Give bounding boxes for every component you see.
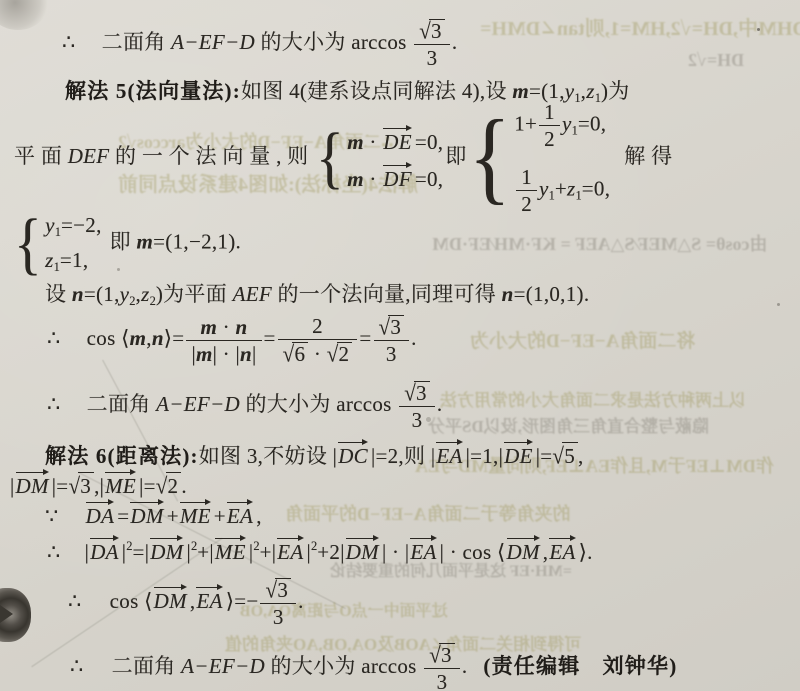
fraction: 2√6 · √2 (278, 314, 358, 366)
math-text: =(1,0,1). (514, 282, 590, 306)
radical-icon: √ (68, 472, 80, 500)
radicand: 3 (439, 643, 455, 666)
vector-da: DA (89, 534, 122, 563)
line-squared-expansion: ∴|DA|2=|DM|2+|ME|2+|EA|2+2|DM| · |EA| · … (47, 534, 593, 565)
equation-system: {m · DE=0,m · DF=0, (316, 124, 443, 193)
vector-dm: DM (129, 498, 166, 527)
math-text: . (452, 30, 458, 54)
math-text: =−2, (61, 213, 102, 237)
vector-symbol: n (236, 315, 248, 339)
vector-symbol: n (502, 282, 514, 306)
math-text: ∴ (47, 392, 61, 416)
math-text: |= (139, 474, 156, 498)
vector-arrow-icon (150, 535, 185, 542)
fraction-numerator: √3 (414, 18, 450, 45)
line-cos-dm-ea: ∴cos ⟨DM,EA⟩=−√33. (68, 577, 304, 629)
vector-symbol: n (72, 282, 84, 306)
math-variable: y (562, 111, 572, 135)
equation-rows: y1=−2,z1=1, (45, 212, 102, 275)
radical-icon: √ (429, 643, 441, 667)
vector-arrow-icon (86, 499, 117, 506)
math-text: +| (197, 540, 214, 564)
radical-icon: √ (379, 315, 391, 339)
math-text: · (364, 167, 382, 191)
math-variable: z (45, 248, 53, 272)
fraction: m · n|m| · |n| (186, 315, 261, 366)
math-text: 的大小为 arccos (255, 30, 412, 54)
vector-symbol: m (347, 130, 364, 154)
math-text: |= (52, 474, 69, 498)
vector-me: ME (214, 534, 249, 563)
sqrt-expression: √3 (379, 315, 405, 338)
math-text: | · | (213, 342, 240, 366)
math-text: · (217, 315, 235, 339)
vector-arrow-icon (383, 162, 414, 169)
vector-arrow-icon (504, 439, 535, 446)
math-text: 的一个法向量,同理可得 (272, 282, 502, 306)
left-brace-icon: { (316, 129, 344, 187)
equation-row: m · DF=0, (347, 161, 443, 192)
vector-arrow-icon (227, 499, 255, 506)
fraction-numerator: 2 (278, 314, 358, 340)
sqrt-expression: √3 (429, 643, 455, 666)
math-text: =(1,−2,1). (153, 229, 241, 253)
line-conclusion-method5: ∴二面角 A−EF−D 的大小为 arccos √33. (47, 380, 442, 432)
fraction: √33 (424, 642, 460, 691)
math-variable: A−EF−D (156, 392, 240, 416)
sqrt-expression: √3 (419, 19, 445, 42)
vector-arrow-icon (16, 469, 51, 476)
vector-symbol: m (347, 167, 364, 191)
math-text: 2 (521, 192, 532, 216)
sqrt-expression: √2 (156, 472, 182, 499)
fraction-denominator: 3 (414, 45, 450, 70)
vector-arrow-icon (549, 535, 577, 542)
vector-arrow-icon (410, 535, 438, 542)
fraction-numerator: m · n (186, 315, 261, 341)
math-text: ∴ (70, 654, 84, 678)
math-text: 1 (521, 165, 532, 189)
math-text: 1+ (514, 111, 537, 135)
radical-icon: √ (419, 19, 431, 43)
math-text: 的大小为 arccos (265, 654, 422, 678)
vector-dm: DM (149, 534, 186, 563)
math-variable: z (141, 282, 149, 306)
vector-arrow-icon (507, 535, 542, 542)
vector-ea: EA (435, 438, 465, 467)
math-text: =| (133, 540, 150, 564)
bleedthrough-text: 将二面角A−EF−D的大小为 (470, 326, 695, 353)
bleedthrough-text: 由cosθ= S△MEF⁄S△AEF = KF·MH⁄EF·DM (432, 230, 767, 256)
vector-arrow-icon (90, 535, 121, 542)
line-normal-vector-n: 设 n=(1,y2,z2)为平面 AEF 的一个法向量,同理可得 n=(1,0,… (45, 281, 589, 310)
vector-arrow-icon (338, 439, 370, 446)
vector-arrow-icon (196, 584, 224, 591)
vector-de: DE (382, 124, 415, 153)
vector-arrow-icon (130, 499, 165, 506)
vector-arrow-icon (436, 439, 464, 446)
radical-icon: √ (265, 578, 277, 602)
math-text: | (252, 342, 257, 366)
radicand: 2 (337, 342, 353, 365)
math-text: =0, (578, 111, 607, 135)
fraction: √33 (374, 314, 410, 366)
fraction: 12 (539, 100, 560, 151)
math-text: |=1,| (466, 444, 504, 468)
vector-dm: DM (345, 534, 382, 563)
fraction-denominator: 2 (516, 191, 537, 216)
math-text: ∴ (47, 540, 61, 564)
sqrt-expression: √3 (265, 578, 291, 601)
fraction-numerator: √3 (374, 314, 410, 341)
math-variable: y (45, 213, 55, 237)
fraction-denominator: 2 (539, 126, 560, 151)
vector-df: DF (382, 161, 415, 190)
vector-symbol: m (130, 326, 147, 350)
vector-arrow-icon (277, 535, 305, 542)
fraction-denominator: 3 (424, 669, 460, 691)
math-text: ⟩=− (226, 589, 259, 613)
vector-ea: EA (548, 534, 578, 563)
fraction-numerator: √3 (399, 380, 435, 407)
vector-de: DE (503, 438, 536, 467)
vector-symbol: m (137, 229, 154, 253)
math-text: , (256, 504, 262, 528)
math-variable: y (120, 282, 130, 306)
left-brace-icon: { (469, 114, 512, 202)
radicand: 3 (78, 472, 94, 499)
equation-system: {1+12y1=0,12y1+z1=0, (469, 100, 611, 216)
fraction-denominator: |m| · |n| (186, 341, 261, 366)
math-text: 1 (544, 100, 555, 124)
math-text: 2 (312, 314, 323, 338)
fraction: √33 (399, 380, 435, 432)
math-text: · (364, 130, 382, 154)
math-text: 3 (273, 605, 284, 629)
bleedthrough-text: 的夹角等于二面角A−EF−D的平面角 (285, 500, 571, 526)
math-text: =1, (60, 248, 89, 272)
vector-symbol: n (240, 342, 252, 366)
math-text: 3 (412, 408, 423, 432)
math-text: 设 (45, 282, 72, 306)
equation-row: z1=1, (45, 247, 102, 276)
math-text: 2 (544, 127, 555, 151)
scanned-page: 在Rt△DHM中,DH=√2,HM=1,则tan∠DMH=DH=√2∴二面角A−… (0, 0, 800, 691)
fraction-numerator: √3 (424, 642, 460, 669)
vector-arrow-icon (180, 499, 213, 506)
math-text: = (264, 326, 276, 350)
vector-dm: DM (15, 468, 52, 497)
math-variable: A−EF−D (181, 654, 265, 678)
radicand: 5 (562, 442, 578, 469)
line-solution-m: {y1=−2,z1=1,即 m=(1,−2,1). (12, 212, 241, 275)
math-text: 二面角 (87, 392, 156, 416)
math-text: ∴ (62, 30, 76, 54)
fraction-denominator: 3 (399, 407, 435, 432)
line-lengths: |DM|=√3,|ME|=√2. (10, 468, 187, 499)
heading-text: 解法 6(距离法): (45, 444, 199, 468)
math-text: + (214, 504, 226, 528)
math-text: + (167, 504, 179, 528)
math-text: |= (536, 444, 553, 468)
equation-system: {y1=−2,z1=1, (14, 212, 102, 275)
sqrt-expression: √6 (283, 342, 309, 365)
line-conclusion-method4: ∴二面角 A−EF−D 的大小为 arccos √33. (62, 18, 457, 70)
vector-symbol: n (152, 326, 164, 350)
equation-row: m · DE=0, (347, 124, 443, 155)
sqrt-expression: √2 (327, 342, 353, 365)
math-text: 平 面 (14, 144, 68, 168)
math-text: =0, (415, 130, 444, 154)
bleedthrough-text: 在Rt△DHM中,DH=√2,HM=1,则tan∠DMH= (480, 12, 800, 41)
sqrt-expression: √3 (68, 472, 94, 499)
radical-icon: √ (156, 472, 168, 500)
sqrt-expression: √5 (552, 442, 578, 469)
vector-ea: EA (195, 583, 225, 612)
math-text: . (181, 474, 187, 498)
bleedthrough-text: 以上两种方法是求二面角大小的常用方法 (440, 386, 746, 411)
math-text: = (117, 504, 129, 528)
math-text: 3 (437, 670, 448, 691)
vector-symbol: m (196, 342, 213, 366)
math-text: = (359, 326, 371, 350)
math-text: 二面角 (102, 30, 171, 54)
vector-ea: EA (226, 498, 256, 527)
fraction-denominator: 3 (260, 604, 296, 629)
math-variable: y (539, 176, 549, 200)
math-text: 解 得 (624, 144, 672, 168)
radicand: 3 (414, 381, 430, 404)
fraction-denominator: √6 · √2 (278, 340, 358, 366)
equation-row: y1=−2, (45, 212, 102, 241)
vector-ea: EA (409, 534, 439, 563)
line-method6-heading: 解法 6(距离法):如图 3,不妨设 |DC|=2,则 |EA|=1,|DE|=… (45, 438, 584, 469)
sqrt-expression: √3 (404, 381, 430, 404)
radical-icon: √ (404, 381, 416, 405)
vector-arrow-icon (105, 469, 138, 476)
math-text: )为平面 (156, 282, 233, 306)
math-text: + (555, 176, 567, 200)
fraction-numerator: 1 (539, 100, 560, 126)
radicand: 6 (292, 342, 308, 365)
equation-rows: m · DE=0,m · DF=0, (347, 124, 443, 193)
math-variable: AEF (233, 282, 272, 306)
math-text: , (578, 444, 584, 468)
vector-dc: DC (337, 438, 371, 467)
math-text: . (462, 654, 468, 678)
math-text: . (298, 589, 304, 613)
vector-arrow-icon (346, 535, 381, 542)
ink-specks (757, 28, 760, 31)
math-text: ∴ (68, 589, 82, 613)
radical-icon: √ (327, 342, 339, 366)
math-text: | · | (382, 540, 409, 564)
heading-text: (责任编辑 刘钟华) (483, 654, 677, 678)
math-text: 3 (427, 46, 438, 70)
fraction: 12 (516, 165, 537, 216)
math-text: ,| (94, 474, 104, 498)
math-text: · (308, 342, 326, 366)
math-text: +2| (317, 540, 344, 564)
vector-dm: DM (506, 534, 543, 563)
math-text: . (437, 392, 443, 416)
bleedthrough-text: DH=√2 (688, 50, 744, 71)
vector-symbol: m (200, 315, 217, 339)
math-text: cos ⟨ (110, 589, 153, 613)
left-brace-icon: { (14, 215, 42, 273)
vector-arrow-icon (215, 535, 248, 542)
radicand: 3 (429, 19, 445, 42)
math-text: |=2,则 | (371, 444, 435, 468)
fraction: √33 (414, 18, 450, 70)
vector-dm: DM (153, 583, 190, 612)
math-text: =0, (582, 176, 611, 200)
math-text: . (411, 326, 417, 350)
math-text: 如图 3,不妨设 | (199, 444, 337, 468)
fraction-numerator: √3 (260, 577, 296, 604)
math-text: | · cos ⟨ (440, 540, 506, 564)
math-text: 即 (445, 144, 466, 168)
math-text: ⟩. (579, 540, 593, 564)
vector-arrow-icon (383, 125, 414, 132)
line-conclusion-method6: ∴二面角 A−EF−D 的大小为 arccos √33.(责任编辑 刘钟华) (70, 642, 677, 691)
math-text: 的大小为 arccos (240, 392, 397, 416)
vector-me: ME (179, 498, 214, 527)
radicand: 2 (166, 472, 182, 499)
line-vector-sum: ∵DA=DM+ME+EA, (45, 498, 262, 529)
math-text: +| (260, 540, 277, 564)
math-text: cos ⟨ (87, 326, 130, 350)
hole-punch-shadow (0, 0, 48, 30)
line-cos-mn: ∴cos ⟨m,n⟩=m · n|m| · |n|=2√6 · √2=√33. (47, 314, 417, 366)
math-variable: DEF (68, 144, 110, 168)
math-text: ⟩= (164, 326, 185, 350)
math-variable: A−EF−D (171, 30, 255, 54)
vector-arrow-icon (154, 584, 189, 591)
vector-da: DA (85, 498, 118, 527)
vector-ea: EA (276, 534, 306, 563)
math-text: =(1, (84, 282, 120, 306)
radicand: 3 (388, 315, 404, 338)
radical-icon: √ (283, 342, 295, 366)
radical-icon: √ (552, 442, 564, 470)
bleedthrough-text: 隐蔽与整合直角三角图形,设以DS平分 (428, 412, 709, 437)
equation-row: 1+12y1=0, (514, 100, 610, 151)
math-text: 3 (386, 342, 397, 366)
math-text: ∴ (47, 326, 61, 350)
vector-me: ME (104, 468, 139, 497)
equation-rows: 1+12y1=0,12y1+z1=0, (514, 100, 610, 216)
equation-row: 12y1+z1=0, (514, 165, 610, 216)
math-text: 二面角 (112, 654, 181, 678)
fraction-denominator: 3 (374, 341, 410, 366)
math-text: 即 (110, 229, 137, 253)
math-text: 的 一 个 法 向 量 , 则 (109, 144, 314, 168)
line-normal-vector-system: 平 面 DEF 的 一 个 法 向 量 , 则 {m · DE=0,m · DF… (14, 100, 672, 216)
math-variable: z (567, 176, 575, 200)
math-text: =0, (415, 167, 444, 191)
radicand: 3 (275, 578, 291, 601)
fraction-numerator: 1 (516, 165, 537, 191)
binder-ring (0, 588, 31, 642)
fraction: √33 (260, 577, 296, 629)
math-text: ∵ (45, 504, 59, 528)
